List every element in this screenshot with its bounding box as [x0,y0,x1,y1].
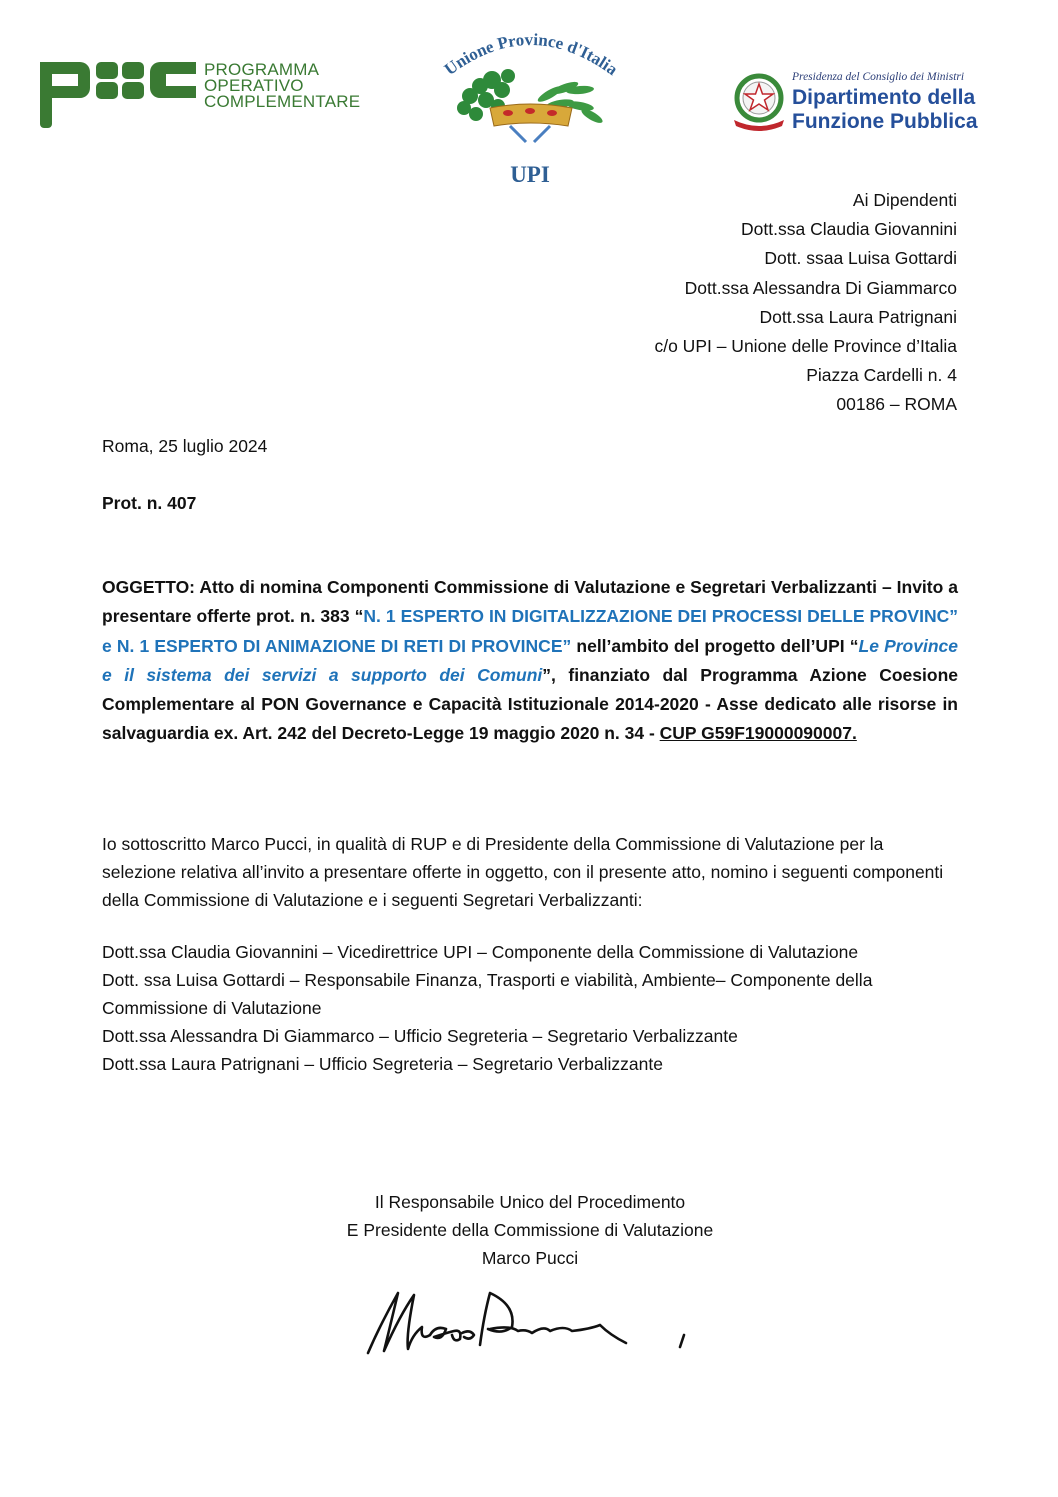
italian-emblem-icon [730,70,788,136]
date-line: Roma, 25 luglio 2024 [102,436,958,457]
recipient-line: Dott.ssa Alessandra Di Giammarco [654,274,957,303]
members-list: Dott.ssa Claudia Giovannini – Vicedirett… [102,938,958,1078]
signature-role-2: E Presidente della Commissione di Valuta… [300,1216,760,1244]
recipient-line: Piazza Cardelli n. 4 [654,361,957,390]
dfp-name-line-2: Funzione Pubblica [792,110,978,134]
recipient-line: Dott.ssa Claudia Giovannini [654,215,957,244]
svg-text:Unione Province d'Italia: Unione Province d'Italia [441,30,620,79]
upi-logo: Unione Province d'Italia UPI [440,24,620,174]
poc-logo: PROGRAMMA OPERATIVO COMPLEMENTARE [38,60,368,130]
recipient-line: Ai Dipendenti [654,186,957,215]
subject-cup-code: CUP G59F19000090007. [660,723,857,743]
member-item: Dott. ssa Luisa Gottardi – Responsabile … [102,966,958,1022]
upi-emblem-icon: Unione Province d'Italia [440,24,620,164]
dfp-presidency: Presidenza del Consiglio dei Ministri [792,71,964,83]
dfp-logo: Presidenza del Consiglio dei Ministri Di… [730,70,980,140]
dfp-name-line-1: Dipartimento della [792,86,975,110]
member-item: Dott.ssa Alessandra Di Giammarco – Uffic… [102,1022,958,1050]
subject-paragraph: OGGETTO: Atto di nomina Componenti Commi… [102,573,958,749]
protocol-number: Prot. n. 407 [102,493,958,514]
subject-project-intro: nell’ambito del progetto dell’UPI “ [571,636,858,656]
recipient-line: c/o UPI – Unione delle Province d’Italia [654,332,957,361]
signature-block: Il Responsabile Unico del Procedimento E… [300,1188,760,1272]
member-item: Dott.ssa Laura Patrignani – Ufficio Segr… [102,1050,958,1078]
recipient-address-block: Ai Dipendenti Dott.ssa Claudia Giovannin… [654,186,957,420]
poc-text: PROGRAMMA OPERATIVO COMPLEMENTARE [204,62,360,110]
signature-role-1: Il Responsabile Unico del Procedimento [300,1188,760,1216]
upi-acronym: UPI [440,162,620,188]
signature-name: Marco Pucci [300,1244,760,1272]
member-item: Dott.ssa Claudia Giovannini – Vicedirett… [102,938,958,966]
intro-paragraph: Io sottoscritto Marco Pucci, in qualità … [102,830,958,914]
handwritten-signature-icon [350,1285,710,1395]
recipient-line: Dott.ssa Laura Patrignani [654,303,957,332]
poc-mark-icon [38,60,198,130]
recipient-line: Dott. ssaa Luisa Gottardi [654,244,957,273]
poc-line-3: COMPLEMENTARE [204,94,360,110]
recipient-line: 00186 – ROMA [654,390,957,419]
